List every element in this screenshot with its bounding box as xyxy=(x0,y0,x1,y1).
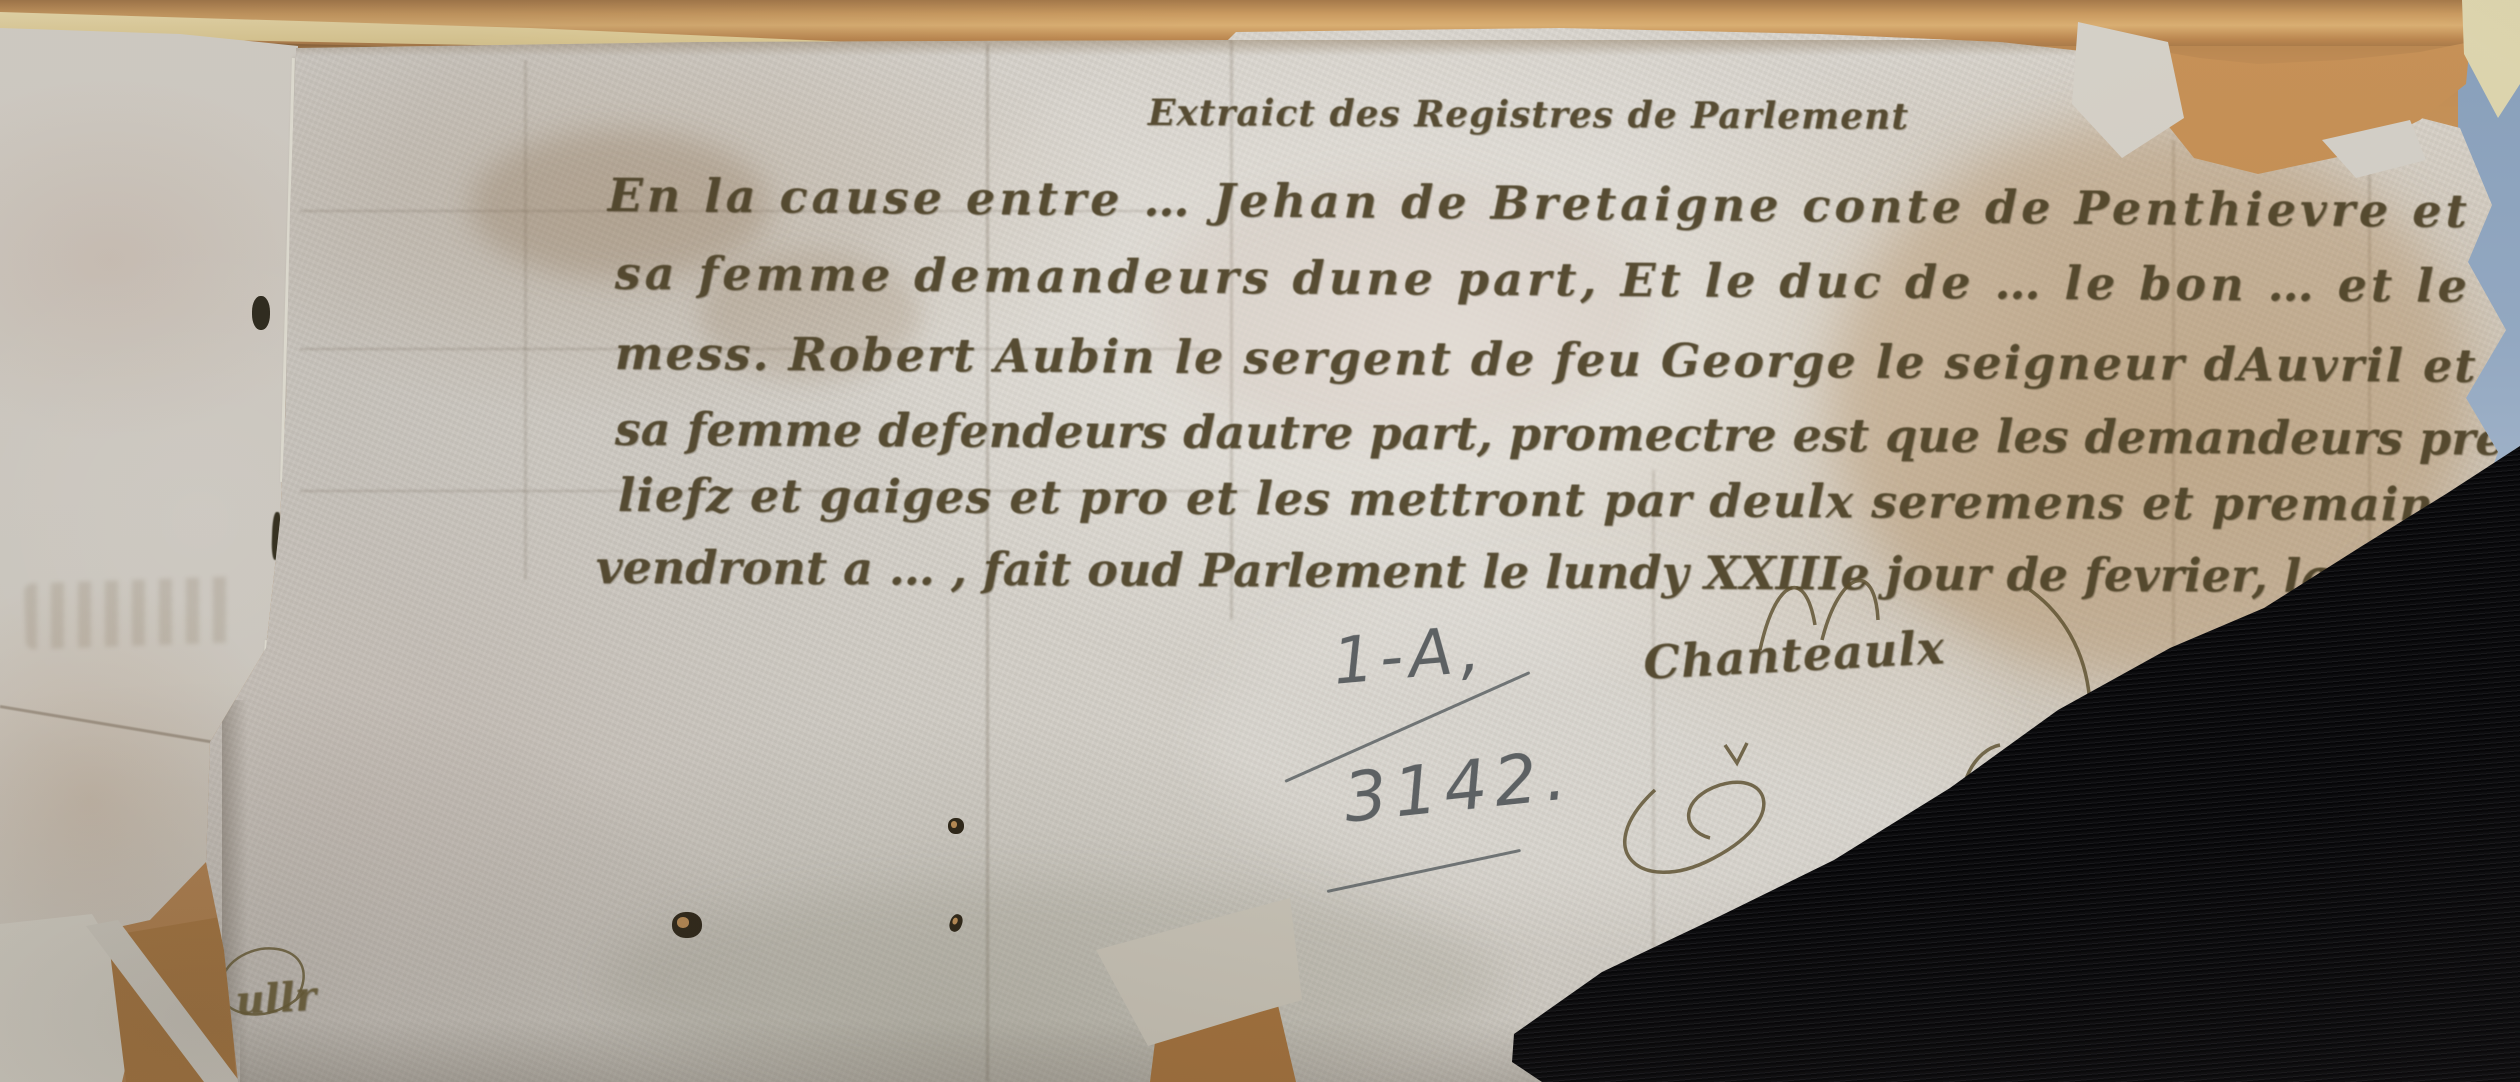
worm-hole xyxy=(672,912,702,938)
photo-of-parchment-document: Extraict des Registres de Parlement En l… xyxy=(0,0,2520,1082)
body-line-4: sa femme defendeurs dautre part, promect… xyxy=(615,402,2520,468)
ink-blot xyxy=(252,296,270,330)
worm-hole xyxy=(948,818,964,834)
faded-ghost-writing xyxy=(24,576,236,649)
heading-text: Extraict des Registres de Parlement xyxy=(1148,92,1909,138)
pencil-shelfmark: 1-A, xyxy=(1330,613,1489,700)
body-line-3: mess. Robert Aubin le sergent de feu Geo… xyxy=(615,326,2520,395)
fold-line xyxy=(524,60,527,580)
body-line-6: vendront a … , fait oud Parlement le lun… xyxy=(596,540,2511,604)
